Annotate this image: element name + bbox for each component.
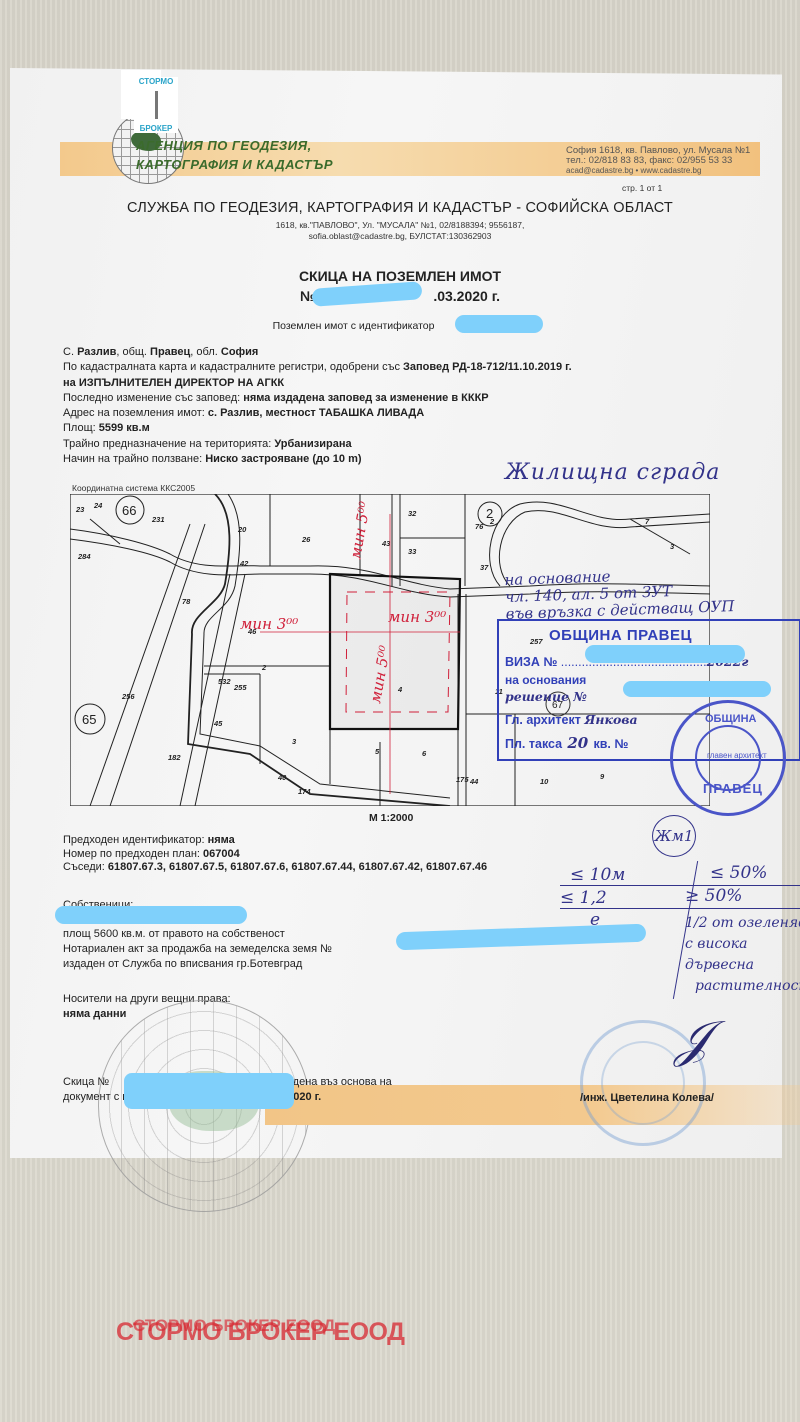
basis-value-row: решение № (505, 689, 587, 704)
svg-text:256: 256 (121, 692, 135, 701)
svg-text:32: 32 (408, 509, 417, 518)
rights-value: няма данни (63, 1008, 126, 1020)
identifier-label: Поземлен имот с идентификатор (273, 320, 435, 332)
basis-value: решение № (505, 689, 587, 704)
signature: 𝒥 (675, 1010, 710, 1069)
row3-right-3: дървесна (685, 955, 800, 976)
architect-label: Гл. архитект (505, 713, 581, 727)
row-divider-2 (560, 908, 800, 909)
prev-id-line: Предходен идентификатор: няма (63, 834, 487, 848)
redaction-owner (55, 906, 247, 924)
architect-value: Янкова (584, 712, 637, 727)
fee-value: 20 (567, 734, 588, 752)
handwriting-building-type: Жилищна сграда (505, 460, 720, 485)
svg-text:5: 5 (375, 747, 380, 756)
svg-text:45: 45 (213, 719, 223, 728)
svg-text:3: 3 (292, 737, 297, 746)
coordinate-system: Координатна система ККС2005 (72, 483, 195, 493)
logo-text-bottom: БРОКЕР (140, 124, 173, 133)
municipality: Правец (150, 346, 190, 358)
region: София (221, 346, 258, 358)
svg-text:175: 175 (456, 775, 469, 784)
area-line: Площ: 5599 кв.м (63, 421, 572, 436)
agency-name: АГЕНЦИЯ ПО ГЕОДЕЗИЯ, КАРТОГРАФИЯ И КАДАС… (136, 136, 333, 174)
architect-row: Гл. архитект Янкова (505, 712, 638, 727)
row1-right: ≤ 50% (710, 863, 767, 883)
svg-text:66: 66 (122, 503, 136, 518)
address-label: Адрес на поземления имот: (63, 407, 208, 419)
contact-line-3: acad@cadastre.bg • www.cadastre.bg (566, 166, 750, 176)
address-line: Адрес на поземления имот: с. Разлив, мес… (63, 406, 572, 421)
svg-text:10: 10 (540, 777, 549, 786)
svg-text:2: 2 (261, 663, 267, 672)
loc-prefix: С. (63, 346, 77, 358)
svg-text:76: 76 (475, 522, 484, 531)
director-line: на ИЗПЪЛНИТЕЛЕН ДИРЕКТОР НА АГКК (63, 376, 572, 391)
row3-right-1: 1/2 от озеленяване (685, 913, 800, 934)
redaction-footer (124, 1073, 294, 1109)
prev-plan: 067004 (203, 848, 240, 860)
cadastral-text: По кадастралната карта и кадастралните р… (63, 361, 403, 373)
row2-left: ≤ 1,2 (560, 888, 607, 908)
prev-plan-label: Номер по предходен план: (63, 848, 203, 860)
number-suffix: .03.2020 г. (433, 288, 500, 304)
svg-text:42: 42 (239, 559, 249, 568)
svg-text:532: 532 (218, 677, 231, 686)
visa-label: ВИЗА № (505, 655, 557, 669)
contact-line-2: тел.: 02/818 83 83, факс: 02/955 53 33 (566, 156, 750, 166)
fee-row: Пл. такса 20 кв. № (505, 734, 628, 752)
svg-text:7: 7 (645, 517, 650, 526)
round-stamp-top: ОБЩИНА (705, 713, 756, 725)
service-address-line-1: 1618, кв."ПАВЛОВО", Ул. "МУСАЛА" №1, 02/… (0, 220, 800, 231)
svg-text:26: 26 (301, 535, 311, 544)
svg-text:23: 23 (75, 505, 85, 514)
last-change: няма издадена заповед за изменение в ККК… (243, 392, 488, 404)
row3-left: е (590, 910, 600, 930)
identifier-line: Поземлен имот с идентификатор (0, 320, 800, 332)
area: 5599 кв.м (99, 422, 150, 434)
fee-suffix: кв. № (593, 737, 628, 751)
area-label: Площ: (63, 422, 99, 434)
round-stamp-bottom: ПРАВЕЦ (703, 781, 763, 796)
row3-right: 1/2 от озеленяване с висока дървесна рас… (685, 913, 800, 997)
caduceus-icon (155, 91, 158, 119)
fee-label: Пл. такса (505, 737, 562, 751)
svg-text:231: 231 (151, 515, 165, 524)
usage: Ниско застрояване (до 10 m) (205, 453, 361, 465)
handwriting-legal-basis: на основание чл. 140, ал. 5 от ЗУТ във в… (504, 564, 735, 623)
svg-text:мин 3⁰⁰: мин 3⁰⁰ (240, 615, 298, 633)
row3-right-2: с висока (685, 934, 800, 955)
purpose-line: Трайно предназначение на територията: Ур… (63, 437, 572, 452)
page-number: стр. 1 от 1 (622, 183, 662, 193)
property-info: С. Разлив, общ. Правец, обл. София По ка… (63, 345, 572, 467)
svg-text:37: 37 (480, 563, 489, 572)
footer-line1-prefix: Скица № (63, 1076, 109, 1088)
service-title: СЛУЖБА ПО ГЕОДЕЗИЯ, КАРТОГРАФИЯ И КАДАСТ… (0, 200, 800, 216)
prev-id: няма (208, 834, 235, 846)
row2-right: ≥ 50% (685, 886, 742, 906)
order: Заповед РД-18-712/11.10.2019 г. (403, 361, 572, 373)
basis-label: на основания (505, 673, 586, 687)
director: на ИЗПЪЛНИТЕЛЕН ДИРЕКТОР НА АГКК (63, 377, 284, 389)
mun-label: , общ. (116, 346, 150, 358)
signer-name: /инж. Цветелина Колева/ (580, 1092, 714, 1104)
redaction-visa (585, 645, 745, 663)
service-address: 1618, кв."ПАВЛОВО", Ул. "МУСАЛА" №1, 02/… (0, 220, 800, 242)
svg-text:78: 78 (182, 597, 191, 606)
last-change-line: Последно изменение със заповед: няма изд… (63, 391, 572, 406)
logo-text-top: СТОРМО (139, 77, 174, 86)
agency-line-1: АГЕНЦИЯ ПО ГЕОДЕЗИЯ, (136, 136, 333, 155)
agency-contact: София 1618, кв. Павлово, ул. Мусала №1 т… (566, 146, 750, 176)
svg-text:24: 24 (93, 501, 103, 510)
location-line: С. Разлив, общ. Правец, обл. София (63, 345, 572, 360)
svg-text:мин 5⁰⁰: мин 5⁰⁰ (346, 500, 374, 561)
owners-share: площ 5600 кв.м. от правото на собственос… (63, 927, 332, 942)
round-stamp-middle: главен архитект (707, 751, 767, 760)
svg-text:2: 2 (486, 506, 493, 521)
svg-text:65: 65 (82, 712, 96, 727)
svg-text:4: 4 (397, 685, 403, 694)
map-scale: М 1:2000 (369, 812, 413, 824)
row-divider-1 (560, 885, 800, 886)
redaction-decision (623, 681, 771, 697)
svg-text:3: 3 (670, 542, 675, 551)
service-address-line-2: sofia.oblast@cadastre.bg, БУЛСТАТ:130362… (0, 231, 800, 242)
redaction-identifier (455, 315, 543, 333)
last-change-label: Последно изменение със заповед: (63, 392, 243, 404)
svg-text:284: 284 (77, 552, 91, 561)
neighbors: 61807.67.3, 61807.67.5, 61807.67.6, 6180… (108, 861, 487, 873)
neighbors-label: Съседи: (63, 861, 108, 873)
agency-line-2: КАРТОГРАФИЯ И КАДАСТЪР (136, 155, 333, 174)
usage-line: Начин на трайно ползване: Ниско застрояв… (63, 452, 572, 467)
svg-text:6: 6 (422, 749, 427, 758)
region-label: , обл. (190, 346, 221, 358)
neighbors-line: Съседи: 61807.67.3, 61807.67.5, 61807.67… (63, 861, 487, 875)
village: Разлив (77, 346, 116, 358)
svg-text:174: 174 (298, 787, 311, 796)
svg-text:255: 255 (233, 683, 247, 692)
broker-logo: СТОРМО БРОКЕР (134, 77, 178, 133)
svg-text:20: 20 (237, 525, 247, 534)
svg-text:33: 33 (408, 547, 417, 556)
prev-id-label: Предходен идентификатор: (63, 834, 208, 846)
svg-text:40: 40 (277, 773, 287, 782)
usage-label: Начин на трайно ползване: (63, 453, 205, 465)
watermark-text: СТОРМО БРОКЕР ЕООД (116, 1318, 404, 1347)
row3-right-4: растителност (685, 976, 800, 997)
owners-deed: Нотариален акт за продажба на земеделска… (63, 942, 332, 957)
zone-label: Жм1 (652, 815, 696, 857)
round-architect-stamp: ОБЩИНА главен архитект ПРАВЕЦ (670, 700, 786, 816)
row1-left: ≤ 10м (570, 865, 625, 885)
purpose: Урбанизирана (274, 438, 351, 450)
svg-text:9: 9 (600, 772, 605, 781)
owners-issued: издаден от Служба по вписвания гр.Ботевг… (63, 957, 332, 972)
cadastral-line: По кадастралната карта и кадастралните р… (63, 360, 572, 375)
svg-text:мин 3⁰⁰: мин 3⁰⁰ (388, 608, 446, 626)
parcel-details: Предходен идентификатор: няма Номер по п… (63, 834, 487, 875)
address: с. Разлив, местност ТАБАШКА ЛИВАДА (208, 407, 424, 419)
svg-text:44: 44 (469, 777, 479, 786)
svg-text:182: 182 (168, 753, 181, 762)
prev-plan-line: Номер по предходен план: 067004 (63, 848, 487, 862)
stamp-title: ОБЩИНА ПРАВЕЦ (549, 627, 692, 644)
basis-row: на основания (505, 673, 586, 687)
purpose-label: Трайно предназначение на територията: (63, 438, 274, 450)
